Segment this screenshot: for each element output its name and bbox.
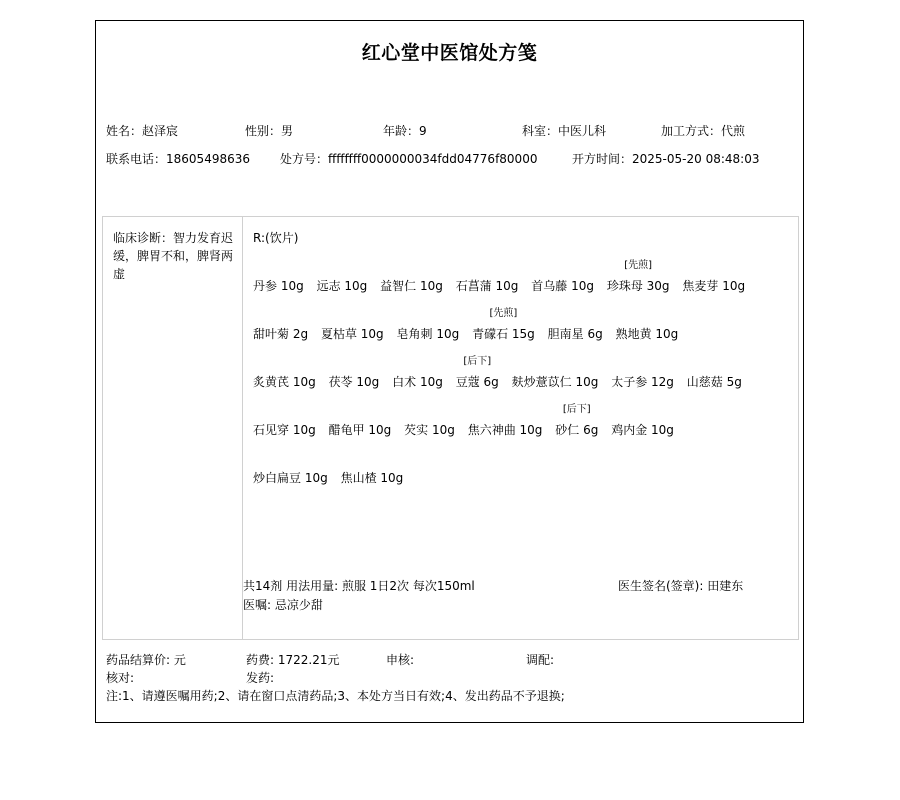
doctor-signature: 医生签名(签章): 田建东 (618, 577, 743, 594)
footer-notes: 注:1、请遵医嘱用药;2、请在窗口点清药品;3、本处方当日有效;4、发出药品不予… (106, 687, 565, 704)
prescription-number: 处方号：ffffffff0000000034fdd04776f80000 (280, 151, 537, 167)
drug-fee: 药费: 1722.21元 (246, 651, 339, 668)
herb-item: 芡实 10g (404, 421, 455, 438)
herb-item: 鸡内金 10g (611, 421, 674, 438)
prescription-time: 开方时间：2025-05-20 08:48:03 (572, 151, 759, 167)
settle-price: 药品结算价: 元 (106, 651, 186, 668)
herb-item: 石见穿 10g (253, 421, 316, 438)
column-divider (242, 217, 243, 639)
review-field: 申核: (386, 651, 414, 668)
herb-item: 丹参 10g (253, 277, 304, 294)
herb-item: 胆南星 6g (548, 325, 603, 342)
herb-item: 焦山楂 10g (341, 469, 404, 486)
phone-number: 联系电话：18605498636 (106, 151, 250, 167)
herb-note: [先煎] (490, 304, 518, 319)
herb-item: 甜叶菊 2g (253, 325, 308, 342)
herb-item: 白术 10g (392, 373, 443, 390)
dispense-field: 调配: (526, 651, 554, 668)
herb-item: 炙黄芪 10g (253, 373, 316, 390)
herb-line-3: 炙黄芪 10g 茯苓 10g 白术 10g [后下]豆蔻 6g 麸炒薏苡仁 10… (253, 373, 751, 391)
herb-item: 熟地黄 10g (616, 325, 679, 342)
patient-name: 姓名：赵泽宸 (106, 123, 178, 139)
prescription-table: 临床诊断：智力发育迟缓，脾胃不和，脾肾两虚 R:(饮片) 丹参 10g 远志 1… (102, 216, 799, 640)
herb-line-1: 丹参 10g 远志 10g 益智仁 10g 石菖蒲 10g 首乌藤 10g [先… (253, 277, 754, 295)
herb-item: 焦六神曲 10g (468, 421, 543, 438)
herb-item: 醋龟甲 10g (329, 421, 392, 438)
herb-item: 太子参 12g (611, 373, 674, 390)
patient-age: 年龄：9 (383, 123, 427, 139)
footer-row-1: 药品结算价: 元 药费: 1722.21元 申核: 调配: (106, 651, 796, 667)
herb-item: 远志 10g (317, 277, 368, 294)
doctor-advice: 医嘱: 忌凉少甜 (243, 596, 323, 613)
herb-item: 首乌藤 10g (531, 277, 594, 294)
herb-item: 茯苓 10g (329, 373, 380, 390)
usage-instructions: 共14剂 用法用量: 煎服 1日2次 每次150ml (243, 577, 475, 594)
herb-line-2: 甜叶菊 2g 夏枯草 10g 皂角刺 10g [先煎]青礞石 15g 胆南星 6… (253, 325, 687, 343)
herb-item: 皂角刺 10g (397, 325, 460, 342)
issue-field: 发药: (246, 669, 274, 686)
footer-row-2: 核对: 发药: (106, 669, 796, 685)
herb-item: 麸炒薏苡仁 10g (512, 373, 599, 390)
herb-item: [先煎]珍珠母 30g (607, 277, 670, 294)
rx-header: R:(饮片) (253, 229, 298, 246)
department: 科室：中医儿科 (522, 123, 606, 139)
herb-item: [先煎]青礞石 15g (472, 325, 535, 342)
herb-item: 焦麦芽 10g (682, 277, 745, 294)
patient-gender: 性别：男 (245, 123, 293, 139)
herb-note: [先煎] (624, 256, 652, 271)
herb-note: [后下] (463, 352, 491, 367)
clinical-diagnosis: 临床诊断：智力发育迟缓，脾胃不和，脾肾两虚 (113, 229, 235, 283)
herb-note: [后下] (563, 400, 591, 415)
herb-item: [后下]砂仁 6g (555, 421, 598, 438)
process-method: 加工方式：代煎 (661, 123, 745, 139)
page-title: 红心堂中医馆处方笺 (96, 38, 803, 65)
herb-item: 益智仁 10g (380, 277, 443, 294)
herb-line-5: 炒白扁豆 10g 焦山楂 10g (253, 469, 412, 487)
herb-item: 夏枯草 10g (321, 325, 384, 342)
herb-item: [后下]豆蔻 6g (456, 373, 499, 390)
herb-line-4: 石见穿 10g 醋龟甲 10g 芡实 10g 焦六神曲 10g [后下]砂仁 6… (253, 421, 683, 439)
herb-item: 石菖蒲 10g (456, 277, 519, 294)
herb-item: 山慈菇 5g (687, 373, 742, 390)
prescription-sheet: 红心堂中医馆处方笺 姓名：赵泽宸 性别：男 年龄：9 科室：中医儿科 加工方式：… (95, 20, 804, 723)
herb-item: 炒白扁豆 10g (253, 469, 328, 486)
check-field: 核对: (106, 669, 134, 686)
